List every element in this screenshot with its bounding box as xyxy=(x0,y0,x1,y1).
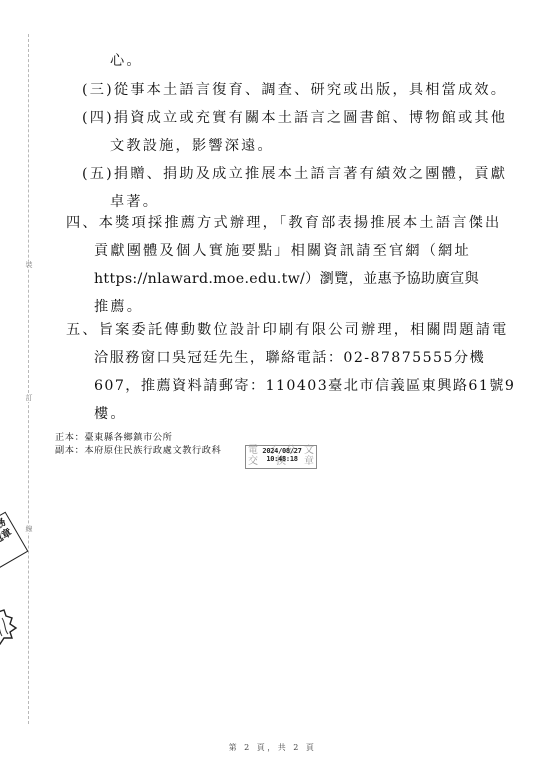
stamp-char: 文 xyxy=(304,446,314,456)
stamp-char: 章 xyxy=(304,457,314,467)
item-4-cont-line: 文教設施，影響深遠。 xyxy=(110,137,274,155)
binding-mark-zhuang: 裝 xyxy=(24,261,34,269)
copy-recipient: 副本：本府原住民族行政處文教行政科 xyxy=(55,445,221,457)
item-5-cont-line: 卓著。 xyxy=(110,193,159,211)
item-3-line: (三)從事本土語言復育、調查、研究或出版，具相當成效。 xyxy=(82,81,507,99)
stamp-char: 電 xyxy=(248,446,258,456)
section-4-end-line: 推薦。 xyxy=(94,298,143,316)
body-line: 心。 xyxy=(110,52,143,70)
section-4-line: 四、本獎項採推薦方式辦理，「教育部表揚推展本土語言傑出 xyxy=(66,214,501,232)
section-5-address-line: 607，推薦資料請郵寄：110403臺北市信義區東興路61號9 xyxy=(94,377,515,395)
stamp-time: 10:48:18 xyxy=(260,455,304,463)
binding-mark-ding: 訂 xyxy=(24,394,34,402)
page-footer: 第 2 頁，共 2 頁 xyxy=(0,743,545,753)
item-5-line: (五)捐贈、捐助及成立推展本土語言著有績效之團體，貢獻 xyxy=(82,165,507,183)
exchange-stamp: 電 子 公 文 交 換 章 2024/08/27 10:48:18 xyxy=(245,445,317,469)
seal-star-icon xyxy=(0,606,20,646)
binding-mark-xian: 線 xyxy=(24,525,34,533)
item-4-line: (四)捐資成立或充實有關本土語言之圖書館、博物館或其他 xyxy=(82,109,507,127)
binding-line xyxy=(28,34,29,724)
section-5-cont-line: 洽服務窗口吳冠廷先生，聯絡電話：02-87875555分機 xyxy=(94,349,485,367)
section-4-url-line: https://nlaward.moe.edu.tw/）瀏覽，並惠予協助廣宣與 xyxy=(94,270,479,288)
official-seal-icon: 公務處章 xyxy=(0,512,28,575)
original-recipient: 正本：臺東縣各鄉鎮市公所 xyxy=(55,432,172,444)
stamp-char: 交 xyxy=(248,457,258,467)
section-4-cont-line: 貢獻團體及個人實施要點」相關資訊請至官網（網址 xyxy=(94,242,471,260)
stamp-date: 2024/08/27 xyxy=(260,447,304,455)
section-5-line: 五、旨案委託傳動數位設計印刷有限公司辦理，相關問題請電 xyxy=(66,321,508,339)
document-page: 裝 訂 線 心。 (三)從事本土語言復育、調查、研究或出版，具相當成效。 (四)… xyxy=(0,0,545,768)
section-5-end-line: 樓。 xyxy=(94,405,127,423)
stamp-datetime: 2024/08/27 10:48:18 xyxy=(260,447,304,463)
seal-text: 公務處章 xyxy=(0,516,16,548)
